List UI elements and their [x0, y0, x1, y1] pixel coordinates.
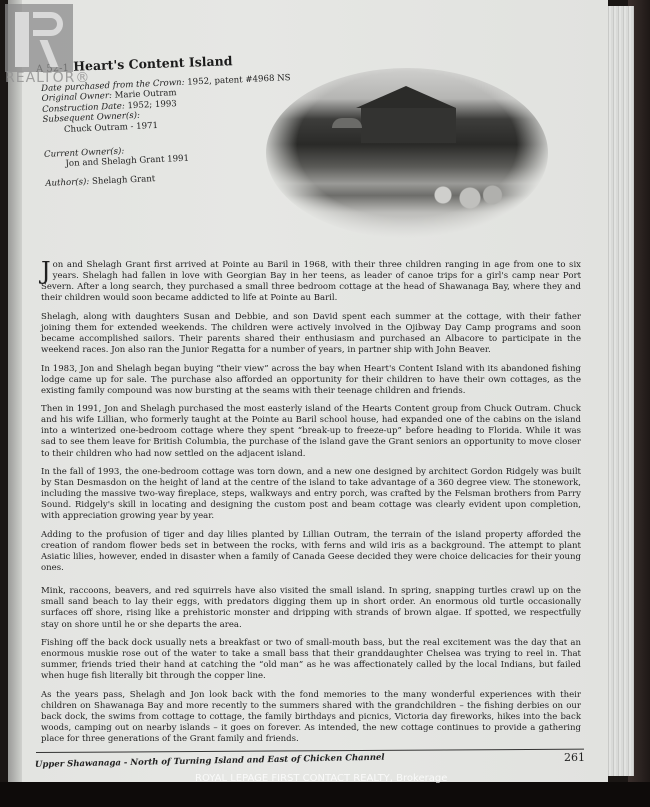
article-paragraph: Then in 1991, Jon and Shelagh purchased …: [41, 404, 581, 459]
photo-house: [361, 108, 456, 143]
article-paragraph: As the years pass, Shelagh and Jon look …: [41, 690, 581, 745]
article-paragraph: Mink, raccoons, beavers, and red squirre…: [41, 586, 581, 630]
page-number: 261: [564, 751, 585, 764]
article-paragraph: Adding to the profusion of tiger and day…: [41, 530, 581, 574]
realtor-wordmark: REALTOR®: [5, 70, 90, 86]
photo-roof: [356, 86, 456, 108]
book-page: A 52-1 Heart's Content Island Date purch…: [8, 0, 608, 790]
island-name: Heart's Content Island: [73, 53, 233, 74]
article-paragraph: Fishing off the back dock usually nets a…: [41, 638, 581, 682]
cottage-photo: [266, 68, 548, 238]
article-paragraph: Jon and Shelagh Grant first arrived at P…: [41, 260, 581, 304]
article-paragraph: In 1983, Jon and Shelagh began buying “t…: [41, 364, 581, 397]
drop-cap: J: [41, 261, 51, 281]
article-paragraph: Shelagh, along with daughters Susan and …: [41, 312, 581, 356]
book-bottom-shadow: [0, 782, 650, 807]
brokerage-watermark: ROYAL LEPAGE FIRST CONTACT REALTY, Broke…: [195, 773, 447, 784]
running-title: Upper Shawanaga - North of Turning Islan…: [35, 753, 385, 770]
property-details: Date purchased from the Crown: 1952, pat…: [41, 73, 295, 189]
article-paragraph: In the fall of 1993, the one-bedroom cot…: [41, 467, 581, 522]
realtor-logo: REALTOR®: [5, 4, 75, 84]
photo-umbrella: [332, 118, 362, 128]
photo-rocks: [416, 183, 506, 213]
spine-shadow: [8, 0, 22, 790]
realtor-r-icon: [5, 4, 73, 72]
article-body: Jon and Shelagh Grant first arrived at P…: [41, 260, 581, 753]
